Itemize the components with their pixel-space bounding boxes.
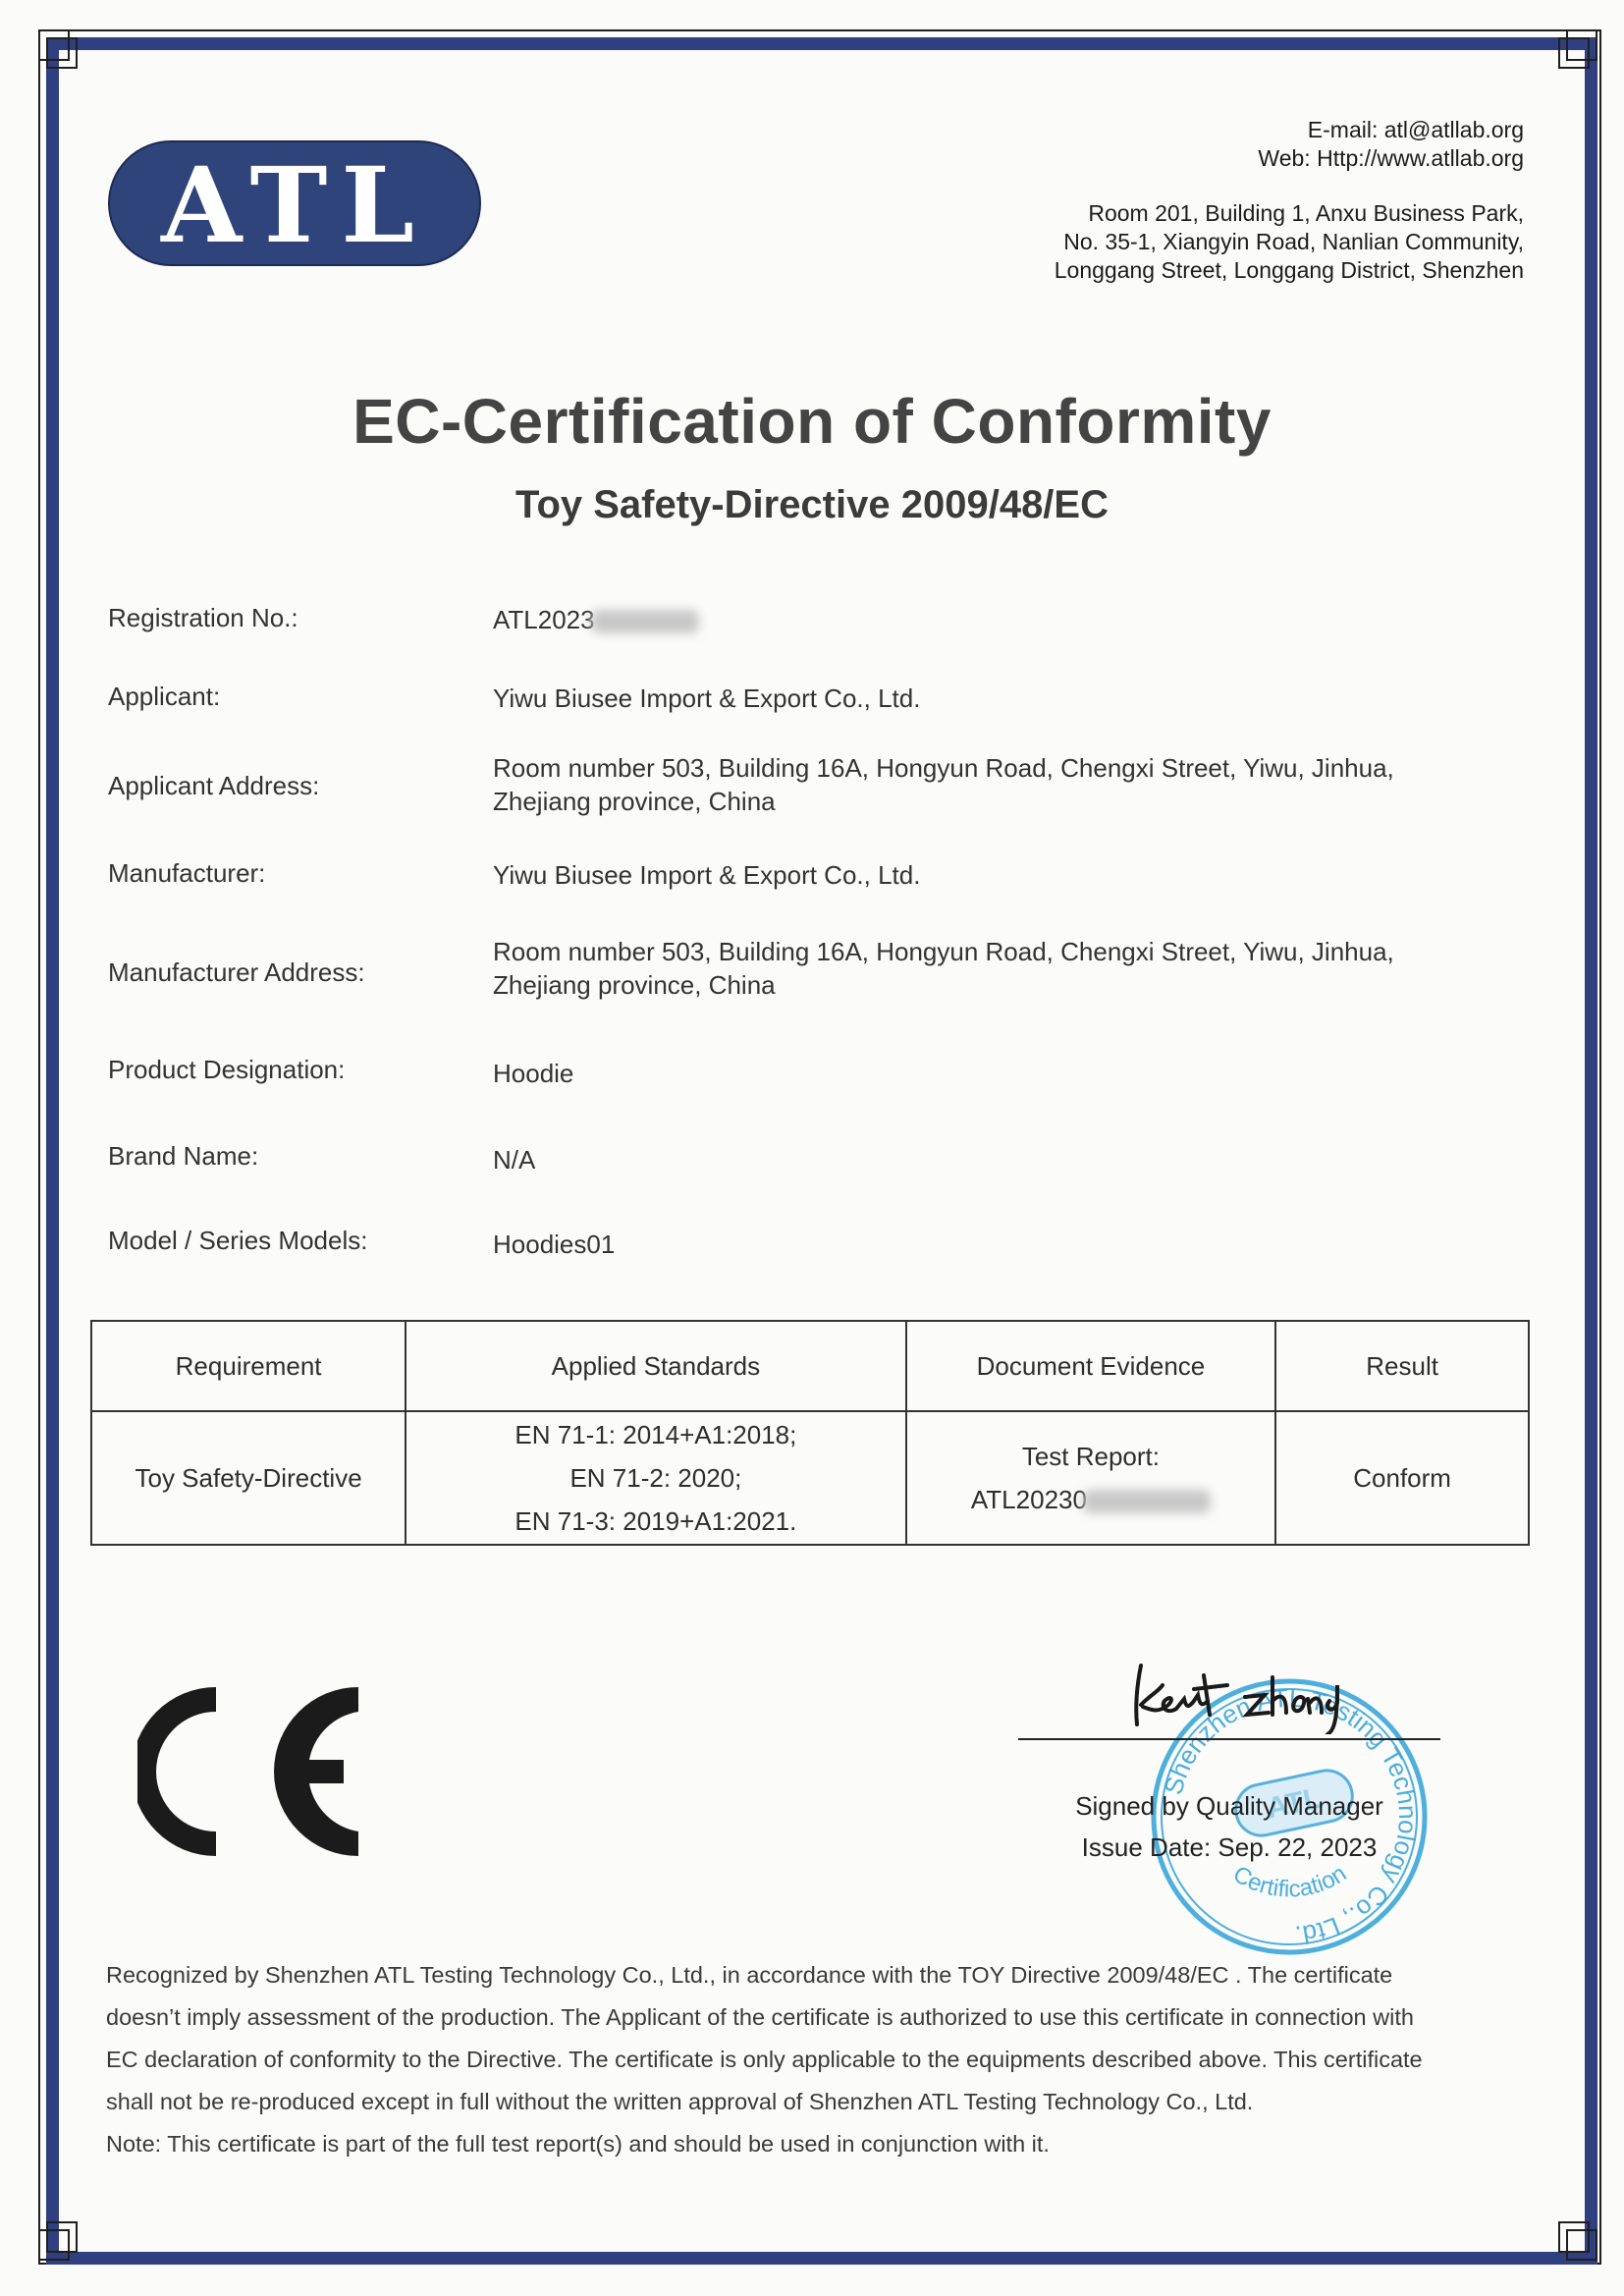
contact-address-line: No. 35-1, Xiangyin Road, Nanlian Communi… <box>1055 228 1524 256</box>
field-value: ATL2023 <box>493 603 699 636</box>
column-header: Document Evidence <box>906 1321 1276 1411</box>
cell-requirement: Toy Safety-Directive <box>91 1411 406 1545</box>
signature-block: Signed by Quality Manager Issue Date: Se… <box>1018 1785 1440 1868</box>
cell-result: Conform <box>1275 1411 1529 1545</box>
disclaimer-line: shall not be re-produced except in full … <box>106 2081 1530 2123</box>
disclaimer-line: EC declaration of conformity to the Dire… <box>106 2039 1530 2081</box>
field-label: Product Designation: <box>108 1055 345 1085</box>
frame-corner-ornament <box>46 2221 78 2253</box>
disclaimer-line: Recognized by Shenzhen ATL Testing Techn… <box>106 1954 1530 1996</box>
field-label: Applicant: <box>108 682 220 712</box>
certificate-subtitle: Toy Safety-Directive 2009/48/EC <box>0 483 1624 527</box>
redacted-blur <box>591 610 699 633</box>
contact-block: E-mail: atl@atllab.org Web: Http://www.a… <box>1055 116 1524 285</box>
contact-address-line: Room 201, Building 1, Anxu Business Park… <box>1055 199 1524 228</box>
field-label: Applicant Address: <box>108 771 319 801</box>
field-label: Manufacturer Address: <box>108 957 365 988</box>
field-value: Room number 503, Building 16A, Hongyun R… <box>493 751 1394 818</box>
frame-corner-ornament <box>1558 2221 1590 2253</box>
handwritten-signature <box>1129 1656 1355 1734</box>
field-value: Hoodies01 <box>493 1228 615 1261</box>
field-label: Manufacturer: <box>108 858 265 889</box>
field-value: N/A <box>493 1143 535 1176</box>
issue-date: Issue Date: Sep. 22, 2023 <box>1018 1827 1440 1868</box>
atl-logo: ATL <box>108 140 481 266</box>
disclaimer-line: doesn’t imply assessment of the producti… <box>106 1996 1530 2039</box>
disclaimer-text: Recognized by Shenzhen ATL Testing Techn… <box>106 1954 1530 2165</box>
column-header: Requirement <box>91 1321 406 1411</box>
field-value: Room number 503, Building 16A, Hongyun R… <box>493 935 1394 1002</box>
field-value: Yiwu Biusee Import & Export Co., Ltd. <box>493 858 920 892</box>
certificate-title: EC-Certification of Conformity <box>0 385 1624 458</box>
contact-address-line: Longgang Street, Longgang District, Shen… <box>1055 256 1524 285</box>
column-header: Result <box>1275 1321 1529 1411</box>
frame-corner-ornament <box>46 37 78 69</box>
standards-table: Requirement Applied Standards Document E… <box>90 1320 1530 1546</box>
table-header-row: Requirement Applied Standards Document E… <box>91 1321 1529 1411</box>
ce-mark-icon <box>137 1679 383 1866</box>
signature-line <box>1018 1738 1440 1740</box>
contact-web: Web: Http://www.atllab.org <box>1055 144 1524 173</box>
field-label: Brand Name: <box>108 1141 258 1172</box>
signed-by-text: Signed by Quality Manager <box>1018 1785 1440 1827</box>
field-label: Registration No.: <box>108 603 298 633</box>
logo-text: ATL <box>161 153 428 257</box>
field-value: Yiwu Biusee Import & Export Co., Ltd. <box>493 682 920 715</box>
contact-email: E-mail: atl@atllab.org <box>1055 116 1524 144</box>
table-row: Toy Safety-Directive EN 71-1: 2014+A1:20… <box>91 1411 1529 1545</box>
field-value: Hoodie <box>493 1057 573 1090</box>
column-header: Applied Standards <box>406 1321 905 1411</box>
cell-standards: EN 71-1: 2014+A1:2018; EN 71-2: 2020; EN… <box>406 1411 905 1545</box>
cell-evidence: Test Report: ATL20230 <box>906 1411 1276 1545</box>
frame-corner-ornament <box>1558 37 1590 69</box>
disclaimer-note: Note: This certificate is part of the fu… <box>106 2123 1530 2165</box>
redacted-blur <box>1083 1490 1211 1513</box>
field-label: Model / Series Models: <box>108 1226 367 1256</box>
